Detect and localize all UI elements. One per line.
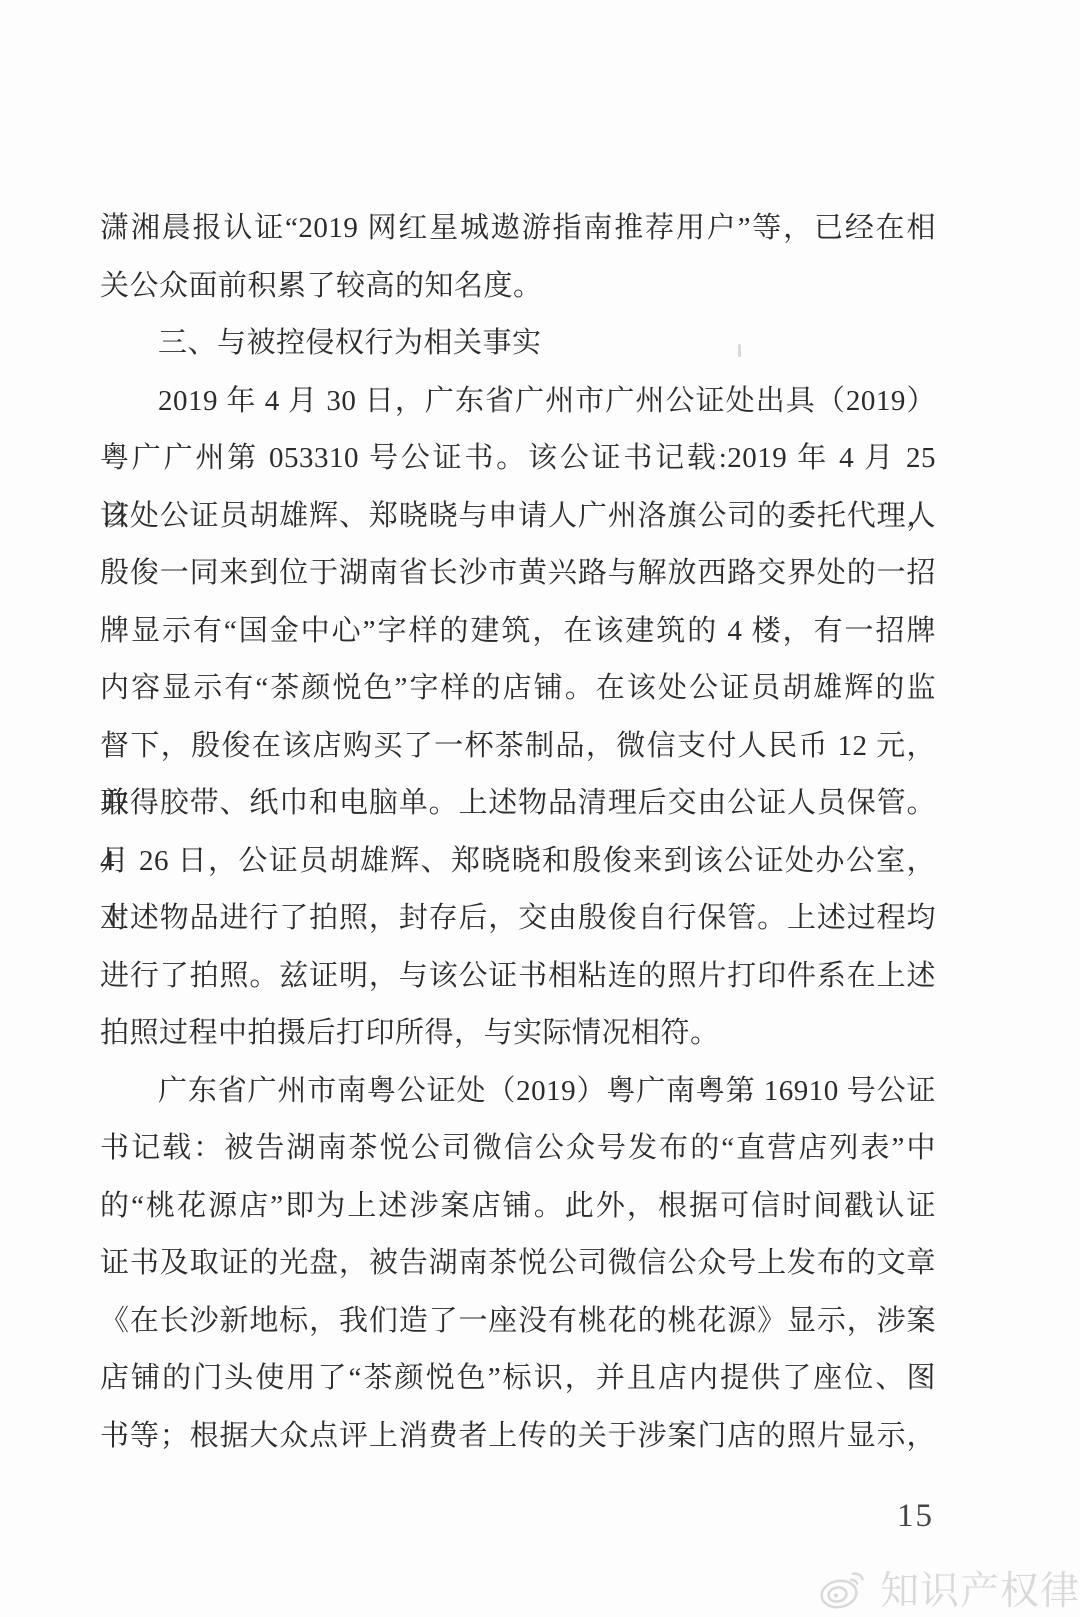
text-line: 《在长沙新地标，我们造了一座没有桃花的桃花源》显示，涉案 — [100, 1293, 936, 1351]
text-line: 2019 年 4 月 30 日，广东省广州市广州公证处出具（2019） — [100, 373, 936, 431]
text-line: 潇湘晨报认证“2019 网红星城遨游指南推荐用户”等，已经在相 — [100, 200, 936, 258]
document-page: 潇湘晨报认证“2019 网红星城遨游指南推荐用户”等，已经在相关公众面前积累了较… — [0, 0, 1080, 1617]
text-line: 关公众面前积累了较高的知名度。 — [100, 258, 936, 316]
text-line: 拍照过程中拍摄后打印所得，与实际情况相符。 — [100, 1005, 936, 1063]
document-body: 潇湘晨报认证“2019 网红星城遨游指南推荐用户”等，已经在相关公众面前积累了较… — [100, 200, 936, 1465]
text-line: 督下，殷俊在该店购买了一杯茶制品，微信支付人民币 12 元，并 — [100, 718, 936, 776]
text-line: 粤广广州第 053310 号公证书。该公证书记载:2019 年 4 月 25 日… — [100, 430, 936, 488]
text-line: 月 26 日，公证员胡雄辉、郑晓晓和殷俊来到该公证处办公室，对 — [100, 833, 936, 891]
text-line: 店铺的门头使用了“茶颜悦色”标识，并且店内提供了座位、图 — [100, 1350, 936, 1408]
text-line: 三、与被控侵权行为相关事实 — [100, 315, 936, 373]
text-line: 殷俊一同来到位于湖南省长沙市黄兴路与解放西路交界处的一招 — [100, 545, 936, 603]
weibo-icon — [818, 1564, 872, 1612]
text-line: 书等；根据大众点评上消费者上传的关于涉案门店的照片显示， — [100, 1408, 936, 1466]
page-number: 15 — [897, 1498, 934, 1535]
text-line: 内容显示有“茶颜悦色”字样的店铺。在该处公证员胡雄辉的监 — [100, 660, 936, 718]
text-line: 牌显示有“国金中心”字样的建筑，在该建筑的 4 楼，有一招牌 — [100, 603, 936, 661]
text-line: 广东省广州市南粤公证处（2019）粤广南粤第 16910 号公证 — [100, 1063, 936, 1121]
text-line: 取得胶带、纸巾和电脑单。上述物品清理后交由公证人员保管。4 — [100, 775, 936, 833]
text-line: 的“桃花源店”即为上述涉案店铺。此外，根据可信时间戳认证 — [100, 1178, 936, 1236]
text-line: 上述物品进行了拍照，封存后，交由殷俊自行保管。上述过程均 — [100, 890, 936, 948]
text-line: 该处公证员胡雄辉、郑晓晓与申请人广州洛旗公司的委托代理人 — [100, 488, 936, 546]
text-line: 进行了拍照。兹证明，与该公证书相粘连的照片打印件系在上述 — [100, 948, 936, 1006]
watermark: 知识产权律师网 — [818, 1560, 1080, 1616]
watermark-text: 知识产权律师网 — [880, 1560, 1080, 1616]
text-line: 证书及取证的光盘，被告湖南茶悦公司微信公众号上发布的文章 — [100, 1235, 936, 1293]
text-line: 书记载：被告湖南茶悦公司微信公众号发布的“直营店列表”中 — [100, 1120, 936, 1178]
